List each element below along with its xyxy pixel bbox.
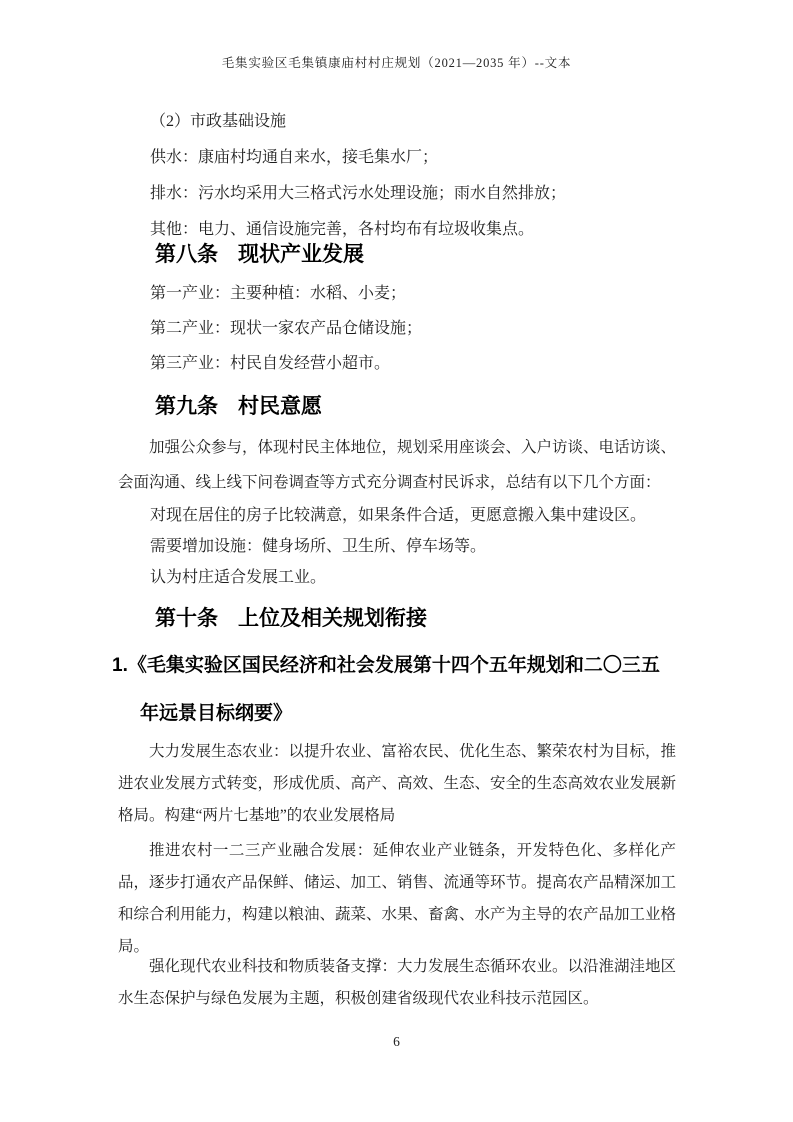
industry-tertiary: 第三产业：村民自发经营小超市。 [118,346,676,381]
article-9-heading: 第九条村民意愿 [118,392,713,422]
paragraph-eco-agriculture: 大力发展生态农业：以提升农业、富裕农民、优化生态、繁荣农村为目标，推进农业发展方… [118,736,676,832]
municipal-item-water-supply: 供水：康庙村均通自来水，接毛集水厂； [118,140,676,176]
article-8-number: 第八条 [155,243,218,266]
document-page: 毛集实验区毛集镇康庙村村庄规划（2021—2035 年）--文本 （2）市政基础… [0,0,793,1122]
industry-primary: 第一产业：主要种植：水稻、小麦； [118,276,676,311]
municipal-item-drainage: 排水：污水均采用大三格式污水处理设施；雨水自然排放； [118,176,676,212]
article-10-heading: 第十条上位及相关规划衔接 [118,604,713,634]
municipal-title: （2）市政基础设施 [118,104,676,140]
article-9-title: 村民意愿 [238,395,322,418]
article-8-heading: 第八条现状产业发展 [118,240,713,270]
article-10-number: 第十条 [155,607,218,630]
subsection-1-title-line-2: 年远景目标纲要》 [140,690,686,738]
subsection-1-title: 1.《毛集实验区国民经济和社会发展第十四个五年规划和二〇三五 年远景目标纲要》 [118,642,686,738]
running-header: 毛集实验区毛集镇康庙村村庄规划（2021—2035 年）--文本 [0,53,793,71]
industry-secondary: 第二产业：现状一家农产品仓储设施； [118,311,676,346]
section-municipal-infrastructure: （2）市政基础设施 供水：康庙村均通自来水，接毛集水厂； 排水：污水均采用大三格… [118,104,676,248]
article-9-number: 第九条 [155,395,218,418]
paragraph-industry-integration: 推进农村一二三产业融合发展：延伸农业产业链条，开发特色化、多样化产品，逐步打通农… [118,835,676,963]
section-industry-status: 第一产业：主要种植：水稻、小麦； 第二产业：现状一家农产品仓储设施； 第三产业：… [118,276,676,381]
article-10-title: 上位及相关规划衔接 [238,607,427,630]
wish-item-housing: 对现在居住的房子比较满意，如果条件合适，更愿意搬入集中建设区。 [118,500,676,531]
wish-item-facilities: 需要增加设施：健身场所、卫生所、停车场等。 [118,531,676,562]
wish-item-industry: 认为村庄适合发展工业。 [118,562,676,593]
villager-wishes-list: 对现在居住的房子比较满意，如果条件合适，更愿意搬入集中建设区。 需要增加设施：健… [118,500,676,593]
article-8-title: 现状产业发展 [238,243,364,266]
paragraph-agri-science: 强化现代农业科技和物质装备支撑：大力发展生态循环农业。以沿淮湖洼地区水生态保护与… [118,951,676,1015]
villager-wishes-intro: 加强公众参与，体现村民主体地位，规划采用座谈会、入户访谈、电话访谈、会面沟通、线… [118,430,676,500]
page-number: 6 [0,1034,793,1050]
subsection-1-title-line-1: 1.《毛集实验区国民经济和社会发展第十四个五年规划和二〇三五 [112,642,686,690]
